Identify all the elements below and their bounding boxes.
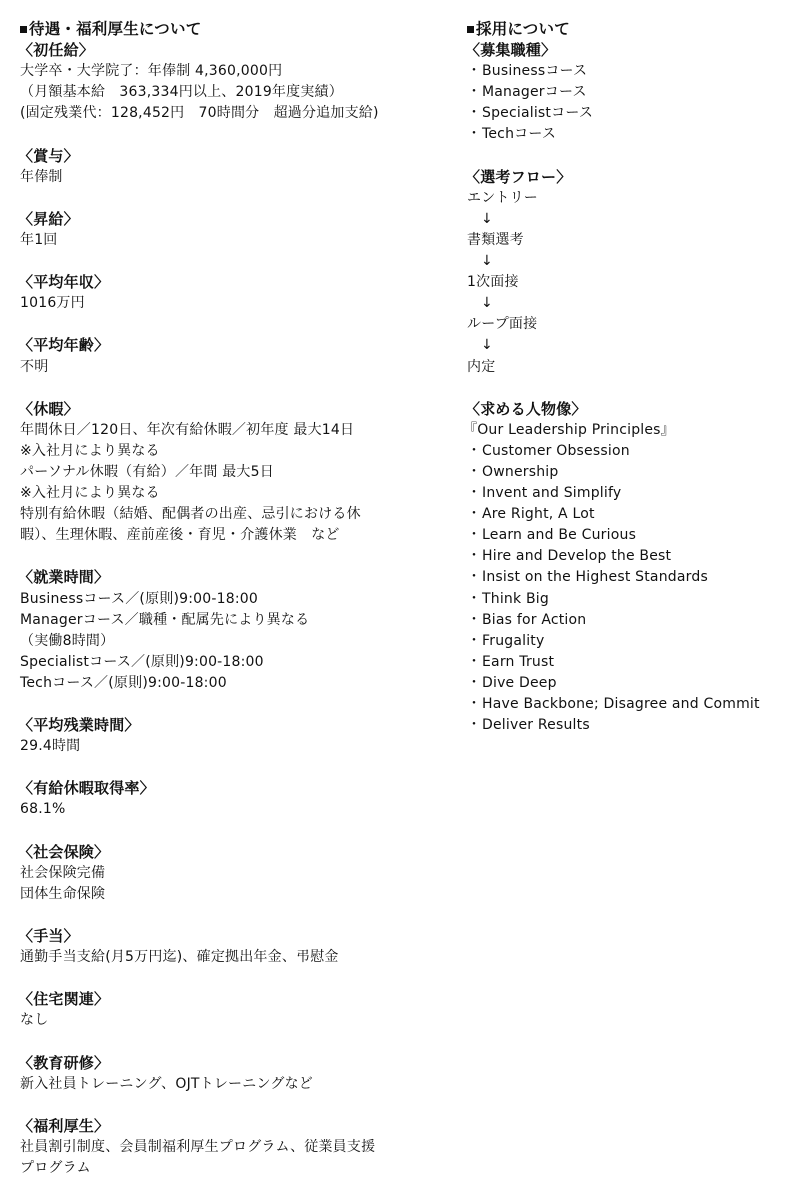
text-line: パーソナル休暇（有給）／年間 最大5日 [20, 462, 450, 483]
section-label: 〈求める人物像〉 [465, 399, 787, 420]
section-label: 〈募集職種〉 [465, 40, 787, 61]
benefits-heading: 待遇・福利厚生について [20, 19, 450, 40]
section-label: 〈平均残業時間〉 [18, 715, 450, 736]
recruitment-heading: 採用について [467, 19, 787, 40]
principle-item: Learn and Be Curious [467, 525, 787, 546]
principle-item: Insist on the Highest Standards [467, 567, 787, 588]
text-line: 年俸制 [20, 167, 450, 188]
section-ideal-candidate: 〈求める人物像〉 『Our Leadership Principles』 Cus… [467, 399, 787, 737]
text-line: プログラム [20, 1158, 450, 1179]
section-label: 〈平均年収〉 [18, 272, 450, 293]
recruitment-heading-text: 採用について [476, 20, 570, 38]
text-line: 社会保険完備 [20, 863, 450, 884]
benefits-heading-text: 待遇・福利厚生について [29, 20, 201, 38]
section-label: 〈昇給〉 [18, 209, 450, 230]
position-item: Managerコース [467, 82, 787, 103]
section-label: 〈教育研修〉 [18, 1053, 450, 1074]
flow-step: 内定 [467, 357, 787, 378]
text-line: （実働8時間） [20, 631, 450, 652]
section-label: 〈福利厚生〉 [18, 1116, 450, 1137]
section-starting-salary: 〈初任給〉 大学卒・大学院了：年俸制 4,360,000円 （月額基本給 363… [20, 40, 450, 124]
text-line: なし [20, 1010, 450, 1031]
section-positions: 〈募集職種〉 Businessコース Managerコース Specialist… [467, 40, 787, 145]
principle-item: Customer Obsession [467, 441, 787, 462]
section-paid-leave-rate: 〈有給休暇取得率〉 68.1% [20, 778, 450, 820]
section-average-age: 〈平均年齢〉 不明 [20, 335, 450, 377]
text-line: 年1回 [20, 230, 450, 251]
square-bullet-icon [467, 26, 474, 33]
section-holidays: 〈休暇〉 年間休日／120日、年次有給休暇／初年度 最大14日 ※入社月により異… [20, 399, 450, 547]
text-line: 29.4時間 [20, 736, 450, 757]
text-line: Managerコース／職種・配属先により異なる [20, 610, 450, 631]
text-line: 不明 [20, 357, 450, 378]
principle-item: Ownership [467, 462, 787, 483]
text-line: 社員割引制度、会員制福利厚生プログラム、従業員支援 [20, 1137, 450, 1158]
principles-title: 『Our Leadership Principles』 [463, 420, 787, 441]
text-line: Businessコース／(原則)9:00-18:00 [20, 589, 450, 610]
text-line: 年間休日／120日、年次有給休暇／初年度 最大14日 [20, 420, 450, 441]
text-line: ※入社月により異なる [20, 483, 450, 504]
principle-item: Are Right, A Lot [467, 504, 787, 525]
section-allowances: 〈手当〉 通勤手当支給(月5万円迄)、確定拠出年金、弔慰金 [20, 926, 450, 968]
section-label: 〈有給休暇取得率〉 [18, 778, 450, 799]
section-label: 〈手当〉 [18, 926, 450, 947]
text-line: ※入社月により異なる [20, 441, 450, 462]
position-item: Businessコース [467, 61, 787, 82]
text-line: 暇）、生理休暇、産前産後・育児・介護休業 など [20, 525, 450, 546]
text-line: Specialistコース／(原則)9:00-18:00 [20, 652, 450, 673]
down-arrow-icon: ↓ [467, 335, 787, 356]
text-line: 68.1% [20, 799, 450, 820]
section-label: 〈住宅関連〉 [18, 989, 450, 1010]
section-average-overtime: 〈平均残業時間〉 29.4時間 [20, 715, 450, 757]
section-average-income: 〈平均年収〉 1016万円 [20, 272, 450, 314]
section-label: 〈初任給〉 [18, 40, 450, 61]
text-line: 大学卒・大学院了：年俸制 4,360,000円 [20, 61, 450, 82]
principle-item: Bias for Action [467, 610, 787, 631]
principle-item: Hire and Develop the Best [467, 546, 787, 567]
principle-item: Invent and Simplify [467, 483, 787, 504]
section-label: 〈就業時間〉 [18, 567, 450, 588]
text-line: Techコース／(原則)9:00-18:00 [20, 673, 450, 694]
principle-item: Frugality [467, 631, 787, 652]
section-welfare: 〈福利厚生〉 社員割引制度、会員制福利厚生プログラム、従業員支援 プログラム [20, 1116, 450, 1179]
section-label: 〈休暇〉 [18, 399, 450, 420]
flow-step: 1次面接 [467, 272, 787, 293]
section-selection-flow: 〈選考フロー〉 エントリー ↓ 書類選考 ↓ 1次面接 ↓ ループ面接 ↓ 内定 [467, 167, 787, 378]
recruitment-column: 採用について 〈募集職種〉 Businessコース Managerコース Spe… [467, 19, 787, 736]
flow-step: エントリー [467, 188, 787, 209]
position-item: Techコース [467, 124, 787, 145]
square-bullet-icon [20, 26, 27, 33]
text-line: 特別有給休暇（結婚、配偶者の出産、忌引における休 [20, 504, 450, 525]
principle-item: Have Backbone; Disagree and Commit [467, 694, 787, 715]
text-line: (固定残業代：128,452円 70時間分 超過分追加支給) [20, 103, 450, 124]
down-arrow-icon: ↓ [467, 293, 787, 314]
flow-step: 書類選考 [467, 230, 787, 251]
section-label: 〈賞与〉 [18, 146, 450, 167]
down-arrow-icon: ↓ [467, 251, 787, 272]
section-raise: 〈昇給〉 年1回 [20, 209, 450, 251]
section-working-hours: 〈就業時間〉 Businessコース／(原則)9:00-18:00 Manage… [20, 567, 450, 694]
position-item: Specialistコース [467, 103, 787, 124]
text-line: 1016万円 [20, 293, 450, 314]
section-label: 〈平均年齢〉 [18, 335, 450, 356]
section-label: 〈選考フロー〉 [465, 167, 787, 188]
text-line: 新入社員トレーニング、OJTトレーニングなど [20, 1074, 450, 1095]
section-training: 〈教育研修〉 新入社員トレーニング、OJTトレーニングなど [20, 1053, 450, 1095]
section-bonus: 〈賞与〉 年俸制 [20, 146, 450, 188]
down-arrow-icon: ↓ [467, 209, 787, 230]
benefits-column: 待遇・福利厚生について 〈初任給〉 大学卒・大学院了：年俸制 4,360,000… [20, 19, 450, 1179]
principle-item: Think Big [467, 589, 787, 610]
text-line: （月額基本給 363,334円以上、2019年度実績） [20, 82, 450, 103]
text-line: 団体生命保険 [20, 884, 450, 905]
section-label: 〈社会保険〉 [18, 842, 450, 863]
section-housing: 〈住宅関連〉 なし [20, 989, 450, 1031]
text-line: 通勤手当支給(月5万円迄)、確定拠出年金、弔慰金 [20, 947, 450, 968]
principle-item: Dive Deep [467, 673, 787, 694]
principle-item: Earn Trust [467, 652, 787, 673]
flow-step: ループ面接 [467, 314, 787, 335]
principle-item: Deliver Results [467, 715, 787, 736]
section-social-insurance: 〈社会保険〉 社会保険完備 団体生命保険 [20, 842, 450, 905]
